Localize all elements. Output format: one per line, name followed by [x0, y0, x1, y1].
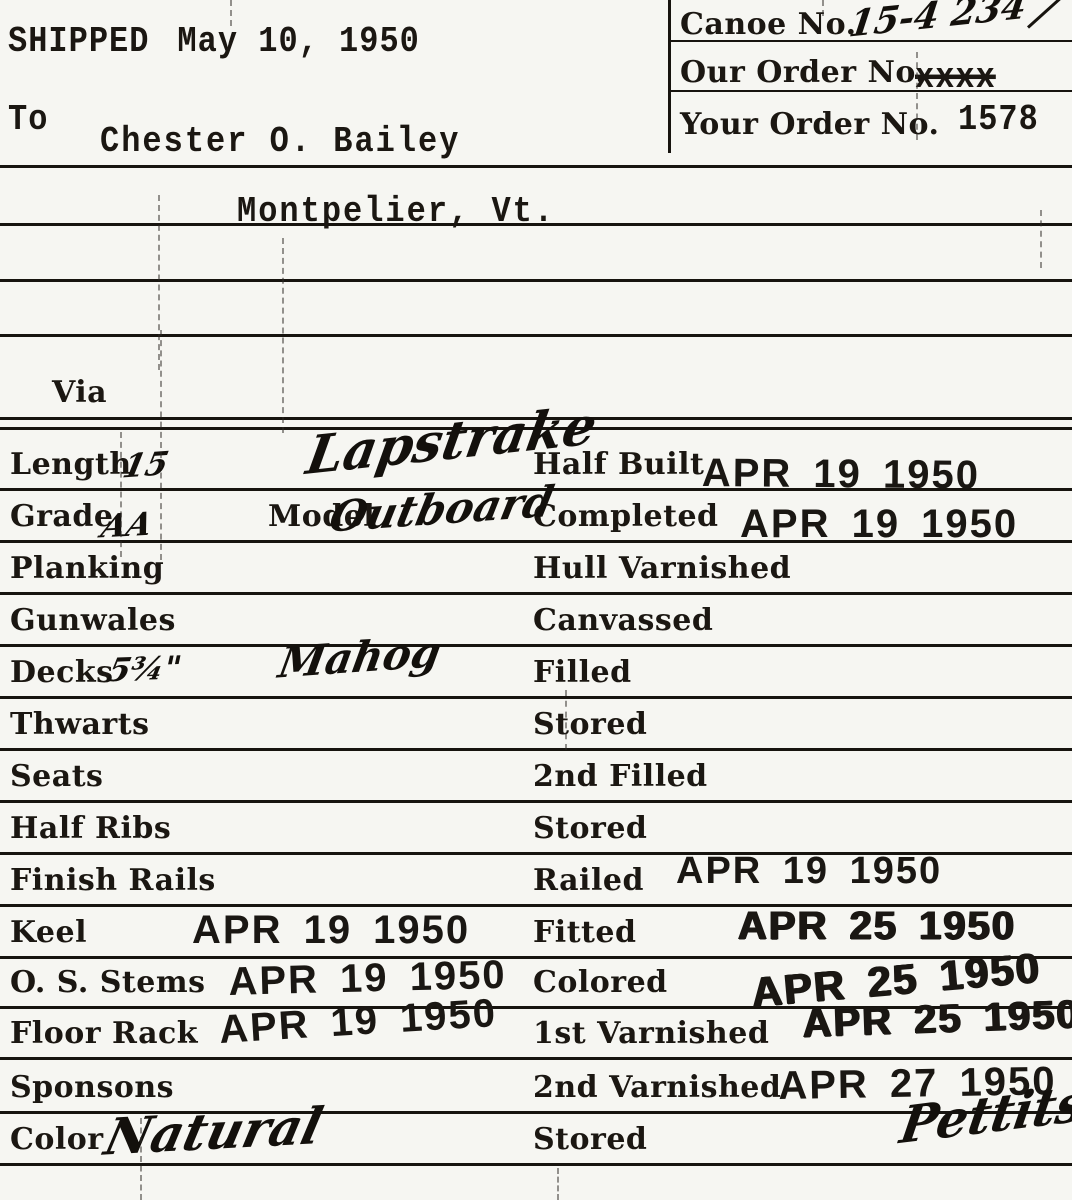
field-label-thwarts: Thwarts — [10, 710, 149, 740]
rule-row-gunwales — [0, 644, 1072, 647]
field-label-sponsons: Sponsons — [10, 1073, 174, 1103]
order-box-rule-ourorder — [668, 90, 1072, 92]
status-label-hull-varnished: Hull Varnished — [533, 554, 791, 584]
field-label-os-stems: O. S. Stems — [10, 968, 206, 998]
rule-row-planking — [0, 592, 1072, 595]
field-label-finish-rails: Finish Rails — [10, 866, 216, 896]
stamp-half-built: APR 19 1950 — [702, 453, 980, 495]
stamp-fitted: APR 25 1950 — [738, 906, 1016, 946]
field-label-half-ribs: Half Ribs — [10, 814, 171, 844]
your-order-no-value: 1578 — [958, 102, 1039, 138]
shipped-label: SHIPPED — [8, 21, 149, 62]
status-label-fitted: Fitted — [533, 918, 636, 948]
stamp-completed: APR 19 1950 — [740, 504, 1018, 544]
via-label: Via — [52, 378, 107, 408]
rule-recipient — [0, 165, 1072, 168]
scan-artifact — [230, 0, 232, 26]
field-label-keel: Keel — [10, 918, 87, 948]
our-order-no-label: Our Order No. — [680, 58, 926, 88]
to-label: To — [8, 102, 48, 138]
stamp-keel: APR 19 1950 — [192, 910, 470, 950]
decks-size-value: 5¾" — [105, 651, 184, 686]
field-label-floor-rack: Floor Rack — [10, 1019, 198, 1049]
scan-artifact — [160, 330, 162, 560]
canoe-no-label: Canoe No. — [680, 10, 857, 40]
rule-row-thwarts — [0, 748, 1072, 751]
status-label-canvassed: Canvassed — [533, 606, 713, 636]
scan-artifact — [140, 1118, 142, 1200]
scan-artifact — [822, 0, 824, 16]
scan-artifact — [120, 432, 122, 557]
model-value: Outboard — [326, 480, 557, 538]
field-label-gunwales: Gunwales — [10, 606, 176, 636]
field-label-planking: Planking — [10, 554, 164, 584]
status-label-completed: Completed — [533, 502, 719, 532]
rule-blank-1 — [0, 279, 1072, 282]
status-label-colored: Colored — [533, 968, 668, 998]
stamp-railed: APR 19 1950 — [676, 852, 942, 890]
scan-artifact — [282, 238, 284, 433]
status-label-filled: Filled — [533, 658, 632, 688]
shipping-record-card: Canoe No. 15-4 234 Our Order No. xxxx Yo… — [0, 0, 1072, 1200]
status-label-railed: Railed — [533, 866, 644, 896]
status-label-stored-2: Stored — [533, 814, 647, 844]
field-label-grade: Grade — [10, 502, 113, 532]
canoe-no-value: 15-4 234 — [847, 0, 1029, 43]
field-label-seats: Seats — [10, 762, 103, 792]
your-order-no-label: Your Order No. — [680, 110, 939, 140]
status-label-stored-1: Stored — [533, 710, 647, 740]
field-label-decks: Decks — [10, 658, 114, 688]
recipient-city: Montpelier, Vt. — [237, 194, 555, 230]
decks-wood-value: Mahog — [275, 631, 444, 685]
order-box-left-border — [668, 0, 671, 153]
status-label-2nd-filled: 2nd Filled — [533, 762, 708, 792]
scan-artifact — [1040, 210, 1042, 268]
rule-row-seats — [0, 800, 1072, 803]
stamp-1st-varnished: APR 25 1950 — [802, 994, 1072, 1044]
rule-row-decks — [0, 696, 1072, 699]
field-label-length: Length — [10, 450, 132, 480]
color-value: Natural — [100, 1101, 327, 1163]
scan-artifact — [557, 1168, 559, 1200]
length-value: 15 — [120, 447, 171, 483]
status-label-1st-varnished: 1st Varnished — [533, 1019, 769, 1049]
recipient-name: Chester O. Bailey — [100, 124, 460, 160]
status-label-stored-3: Stored — [533, 1125, 647, 1155]
rule-row-floorrack — [0, 1057, 1072, 1060]
status-label-2nd-varnished: 2nd Varnished — [533, 1073, 781, 1103]
grade-value: AA — [99, 507, 156, 542]
scan-artifact — [916, 52, 918, 140]
scan-artifact — [565, 690, 567, 750]
shipped-line: SHIPPEDMay 10, 1950 — [8, 24, 420, 60]
our-order-no-value: xxxx — [915, 60, 996, 96]
field-label-color: Color — [10, 1125, 104, 1155]
shipped-date: May 10, 1950 — [177, 21, 419, 62]
pen-flourish — [1027, 0, 1072, 29]
